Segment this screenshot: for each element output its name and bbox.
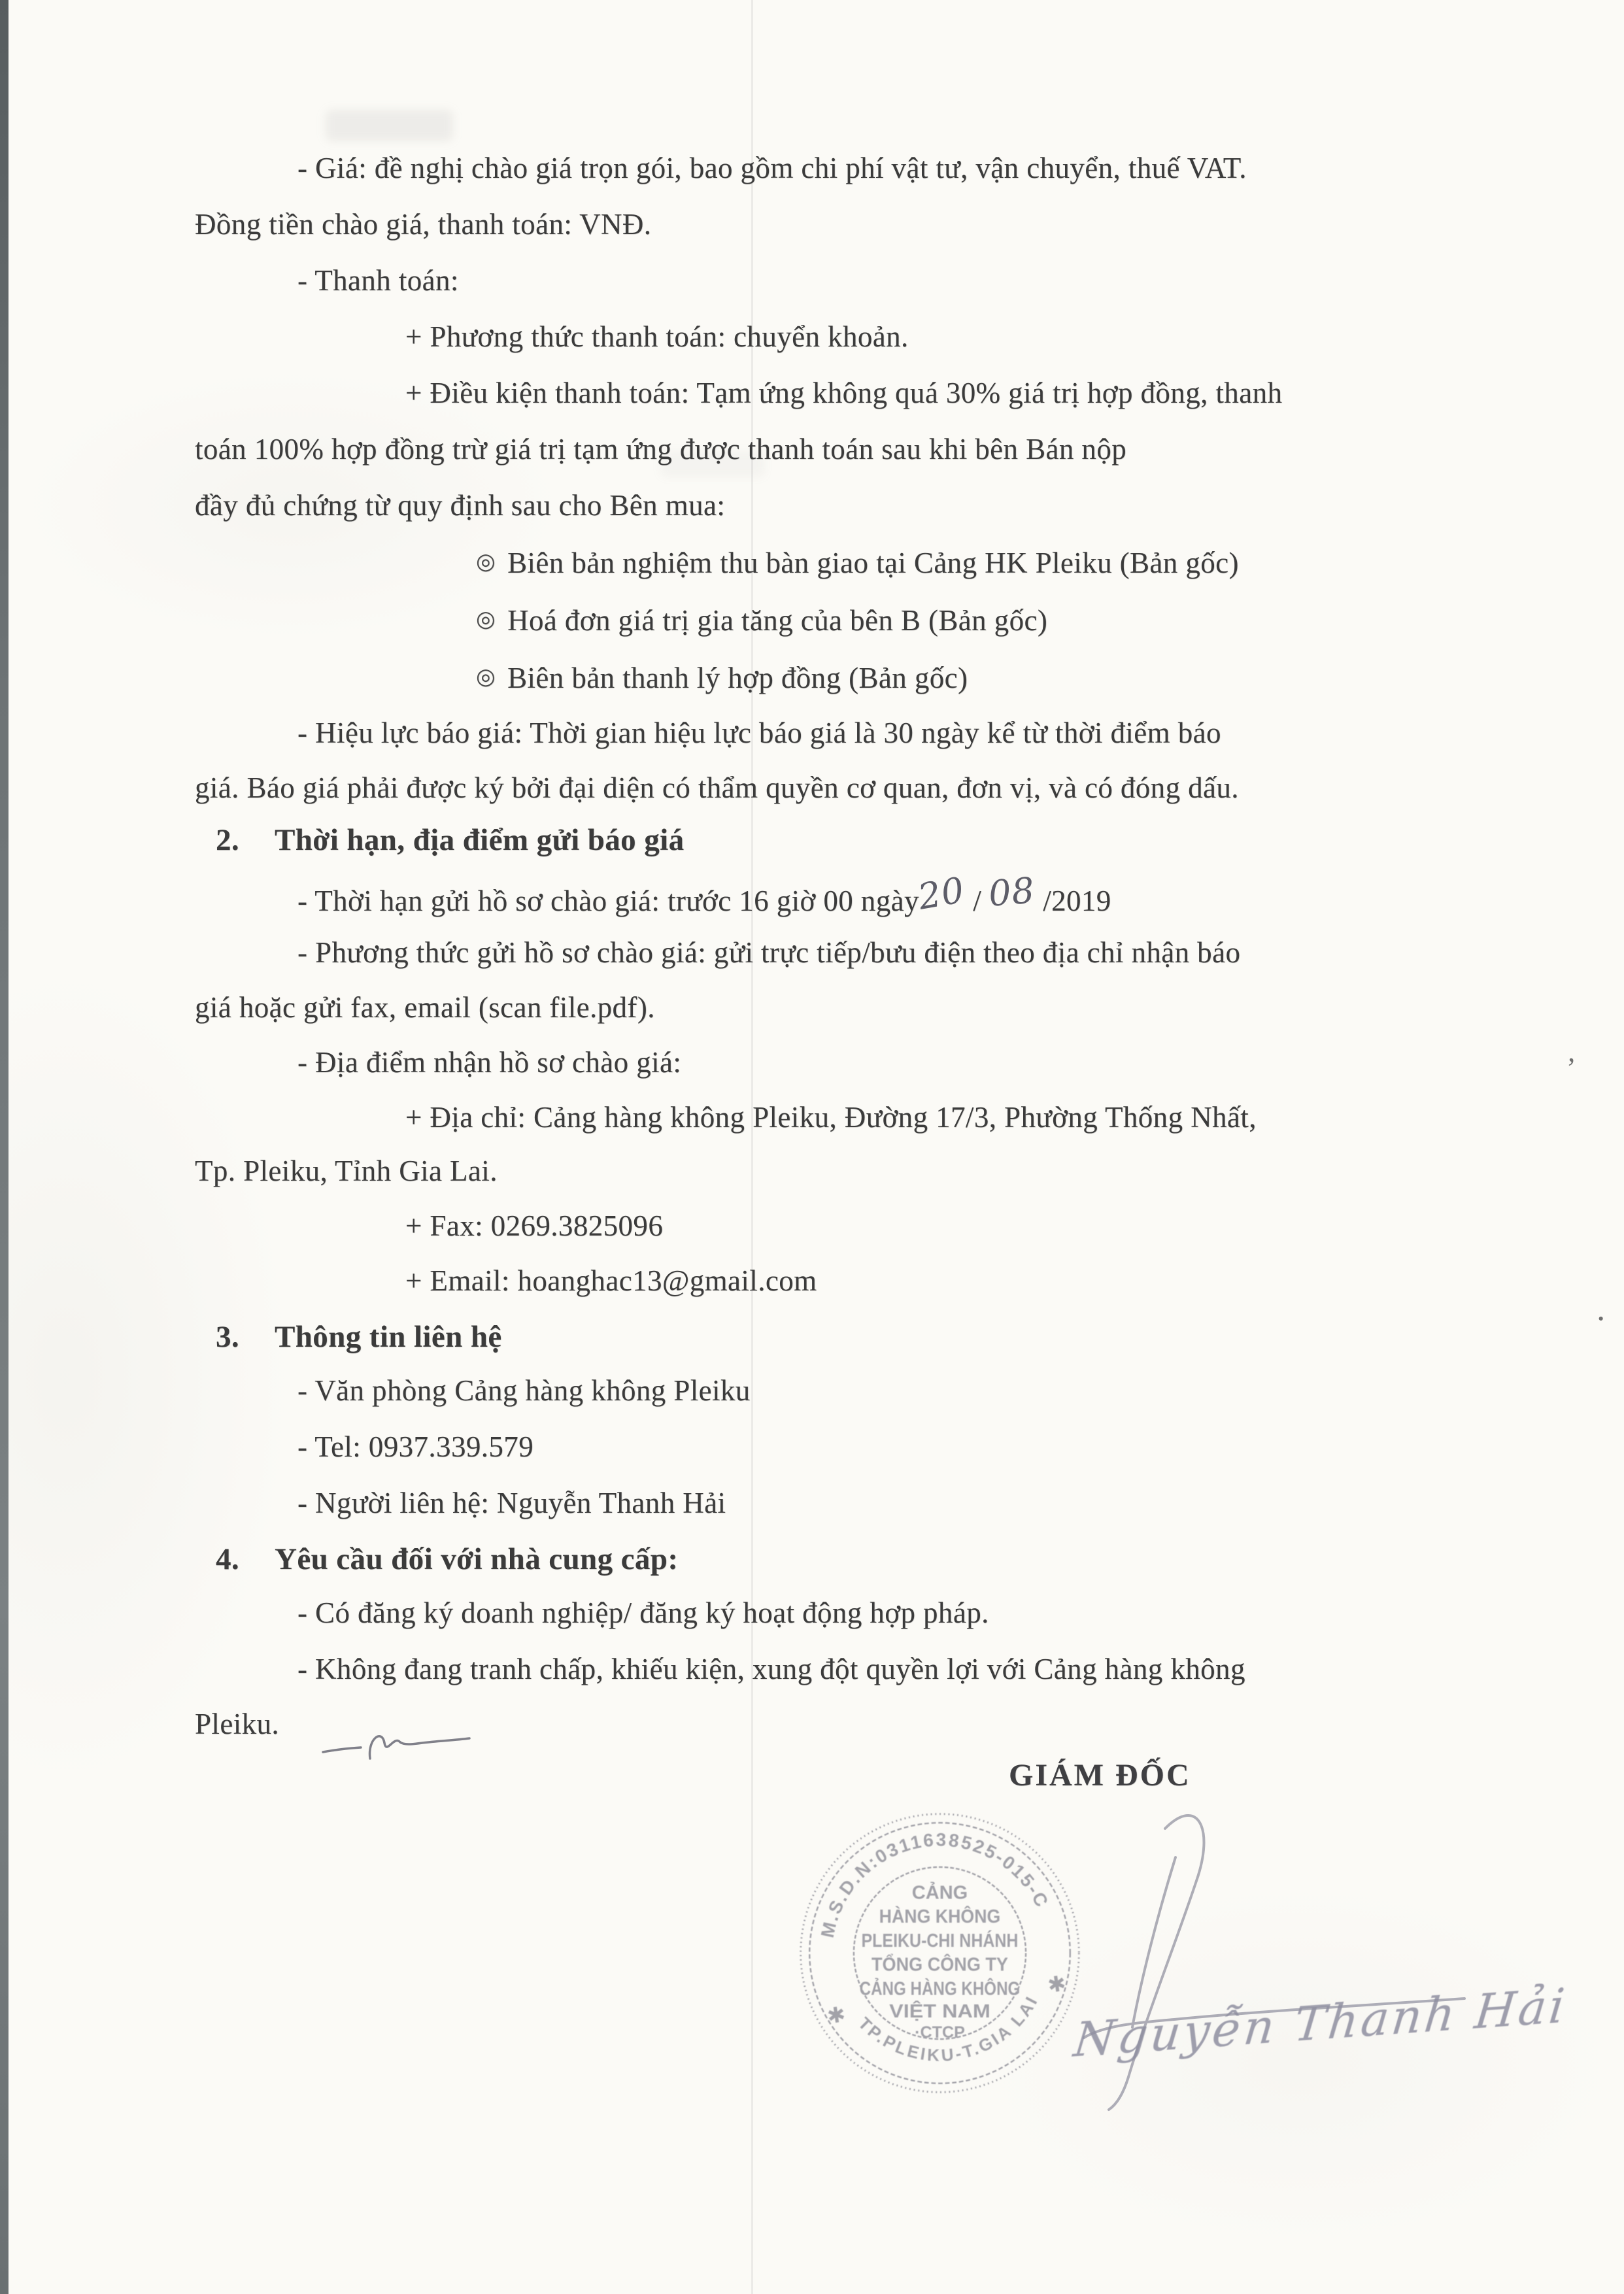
scan-edge-bar <box>0 0 8 2294</box>
bullet-circle-icon: ◎ <box>476 665 496 689</box>
heading-4-number: 4. <box>216 1542 239 1577</box>
line-contact-person: - Người liên hệ: Nguyễn Thanh Hải <box>297 1487 726 1521</box>
bullet-item-3: ◎Biên bản thanh lý hợp đồng (Bản gốc) <box>476 662 968 696</box>
heading-4-title: Yêu cầu đối với nhà cung cấp: <box>275 1542 678 1577</box>
bullet-text-1: Biên bản nghiệm thu bàn giao tại Cảng HK… <box>507 547 1239 579</box>
line-payment-cond-2: toán 100% hợp đồng trừ giá trị tạm ứng đ… <box>195 433 1126 467</box>
line-payment-cond-1: + Điều kiện thanh toán: Tạm ứng không qu… <box>405 377 1282 411</box>
deadline-printed-prefix: - Thời hạn gửi hồ sơ chào giá: trước 16 … <box>297 885 919 917</box>
heading-3-title: Thông tin liên hệ <box>275 1319 502 1355</box>
heading-2-number: 2. <box>216 822 239 858</box>
line-office: - Văn phòng Cảng hàng không Pleiku <box>297 1374 751 1408</box>
deadline-printed-year: /2019 <box>1043 885 1111 917</box>
line-payment-cond-3: đầy đủ chứng từ quy định sau cho Bên mua… <box>195 489 725 523</box>
stamp-center-line: HÀNG KHÔNG <box>879 1905 1001 1927</box>
bullet-circle-icon: ◎ <box>476 550 496 574</box>
stamp-center-line: VIỆT NAM <box>889 2000 990 2022</box>
line-requirement-1: - Có đăng ký doanh nghiệp/ đăng ký hoạt … <box>297 1596 989 1630</box>
handwritten-initials <box>319 1712 476 1777</box>
line-price-terms-2: Đồng tiền chào giá, thanh toán: VNĐ. <box>195 208 651 242</box>
line-deadline: - Thời hạn gửi hồ sơ chào giá: trước 16 … <box>297 879 1111 919</box>
bullet-item-1: ◎Biên bản nghiệm thu bàn giao tại Cảng H… <box>476 547 1239 581</box>
line-address-1: + Địa chỉ: Cảng hàng không Pleiku, Đường… <box>405 1101 1257 1135</box>
stamp-center-line: CẢNG HÀNG KHÔNG <box>860 1977 1021 1999</box>
line-validity-2: giá. Báo giá phải được ký bởi đại diện c… <box>195 771 1239 805</box>
bullet-text-3: Biên bản thanh lý hợp đồng (Bản gốc) <box>507 662 968 694</box>
heading-2-title: Thời hạn, địa điểm gửi báo giá <box>275 822 684 858</box>
line-payment-label: - Thanh toán: <box>297 264 459 298</box>
line-send-method-1: - Phương thức gửi hồ sơ chào giá: gửi tr… <box>297 936 1240 970</box>
scan-speck: · <box>1595 1300 1606 1338</box>
handwritten-month: 08 <box>987 870 1036 915</box>
deadline-separator: / <box>973 885 981 917</box>
bullet-text-2: Hoá đơn giá trị gia tăng của bên B (Bản … <box>507 604 1047 637</box>
line-requirement-2b: Pleiku. <box>195 1708 279 1742</box>
scanned-document-page: - Giá: đề nghị chào giá trọn gói, bao gồ… <box>0 0 1624 2294</box>
handwritten-day: 20 <box>915 869 968 917</box>
bullet-circle-icon: ◎ <box>476 607 496 632</box>
line-address-2: Tp. Pleiku, Tỉnh Gia Lai. <box>195 1155 498 1189</box>
scan-smudge <box>326 110 453 141</box>
line-receive-place: - Địa điểm nhận hồ sơ chào giá: <box>297 1046 681 1080</box>
line-tel: - Tel: 0937.339.579 <box>297 1430 533 1464</box>
stamp-center-line: CẢNG <box>912 1881 968 1903</box>
line-price-terms-1: - Giá: đề nghị chào giá trọn gói, bao gồ… <box>297 152 1247 186</box>
scan-speck: ’ <box>1566 1051 1576 1085</box>
line-email: + Email: hoanghac13@gmail.com <box>405 1264 817 1298</box>
line-send-method-2: giá hoặc gửi fax, email (scan file.pdf). <box>195 991 655 1025</box>
heading-3-number: 3. <box>216 1319 239 1355</box>
director-title: GIÁM ĐỐC <box>1009 1757 1191 1793</box>
line-validity-1: - Hiệu lực báo giá: Thời gian hiệu lực b… <box>297 717 1221 751</box>
line-requirement-2: - Không đang tranh chấp, khiếu kiện, xun… <box>297 1653 1245 1687</box>
stamp-center-line: PLEIKU-CHI NHÁNH <box>862 1929 1019 1951</box>
stamp-star-icon: ✱ <box>826 2002 847 2028</box>
bullet-item-2: ◎Hoá đơn giá trị gia tăng của bên B (Bản… <box>476 604 1047 638</box>
stamp-center-line: TỔNG CÔNG TY <box>871 1953 1008 1976</box>
signature-strokes <box>1007 1795 1504 2161</box>
line-payment-method: + Phương thức thanh toán: chuyển khoản. <box>405 320 909 354</box>
line-fax: + Fax: 0269.3825096 <box>405 1209 663 1243</box>
stamp-center-line: ·CTCP <box>915 2023 965 2042</box>
